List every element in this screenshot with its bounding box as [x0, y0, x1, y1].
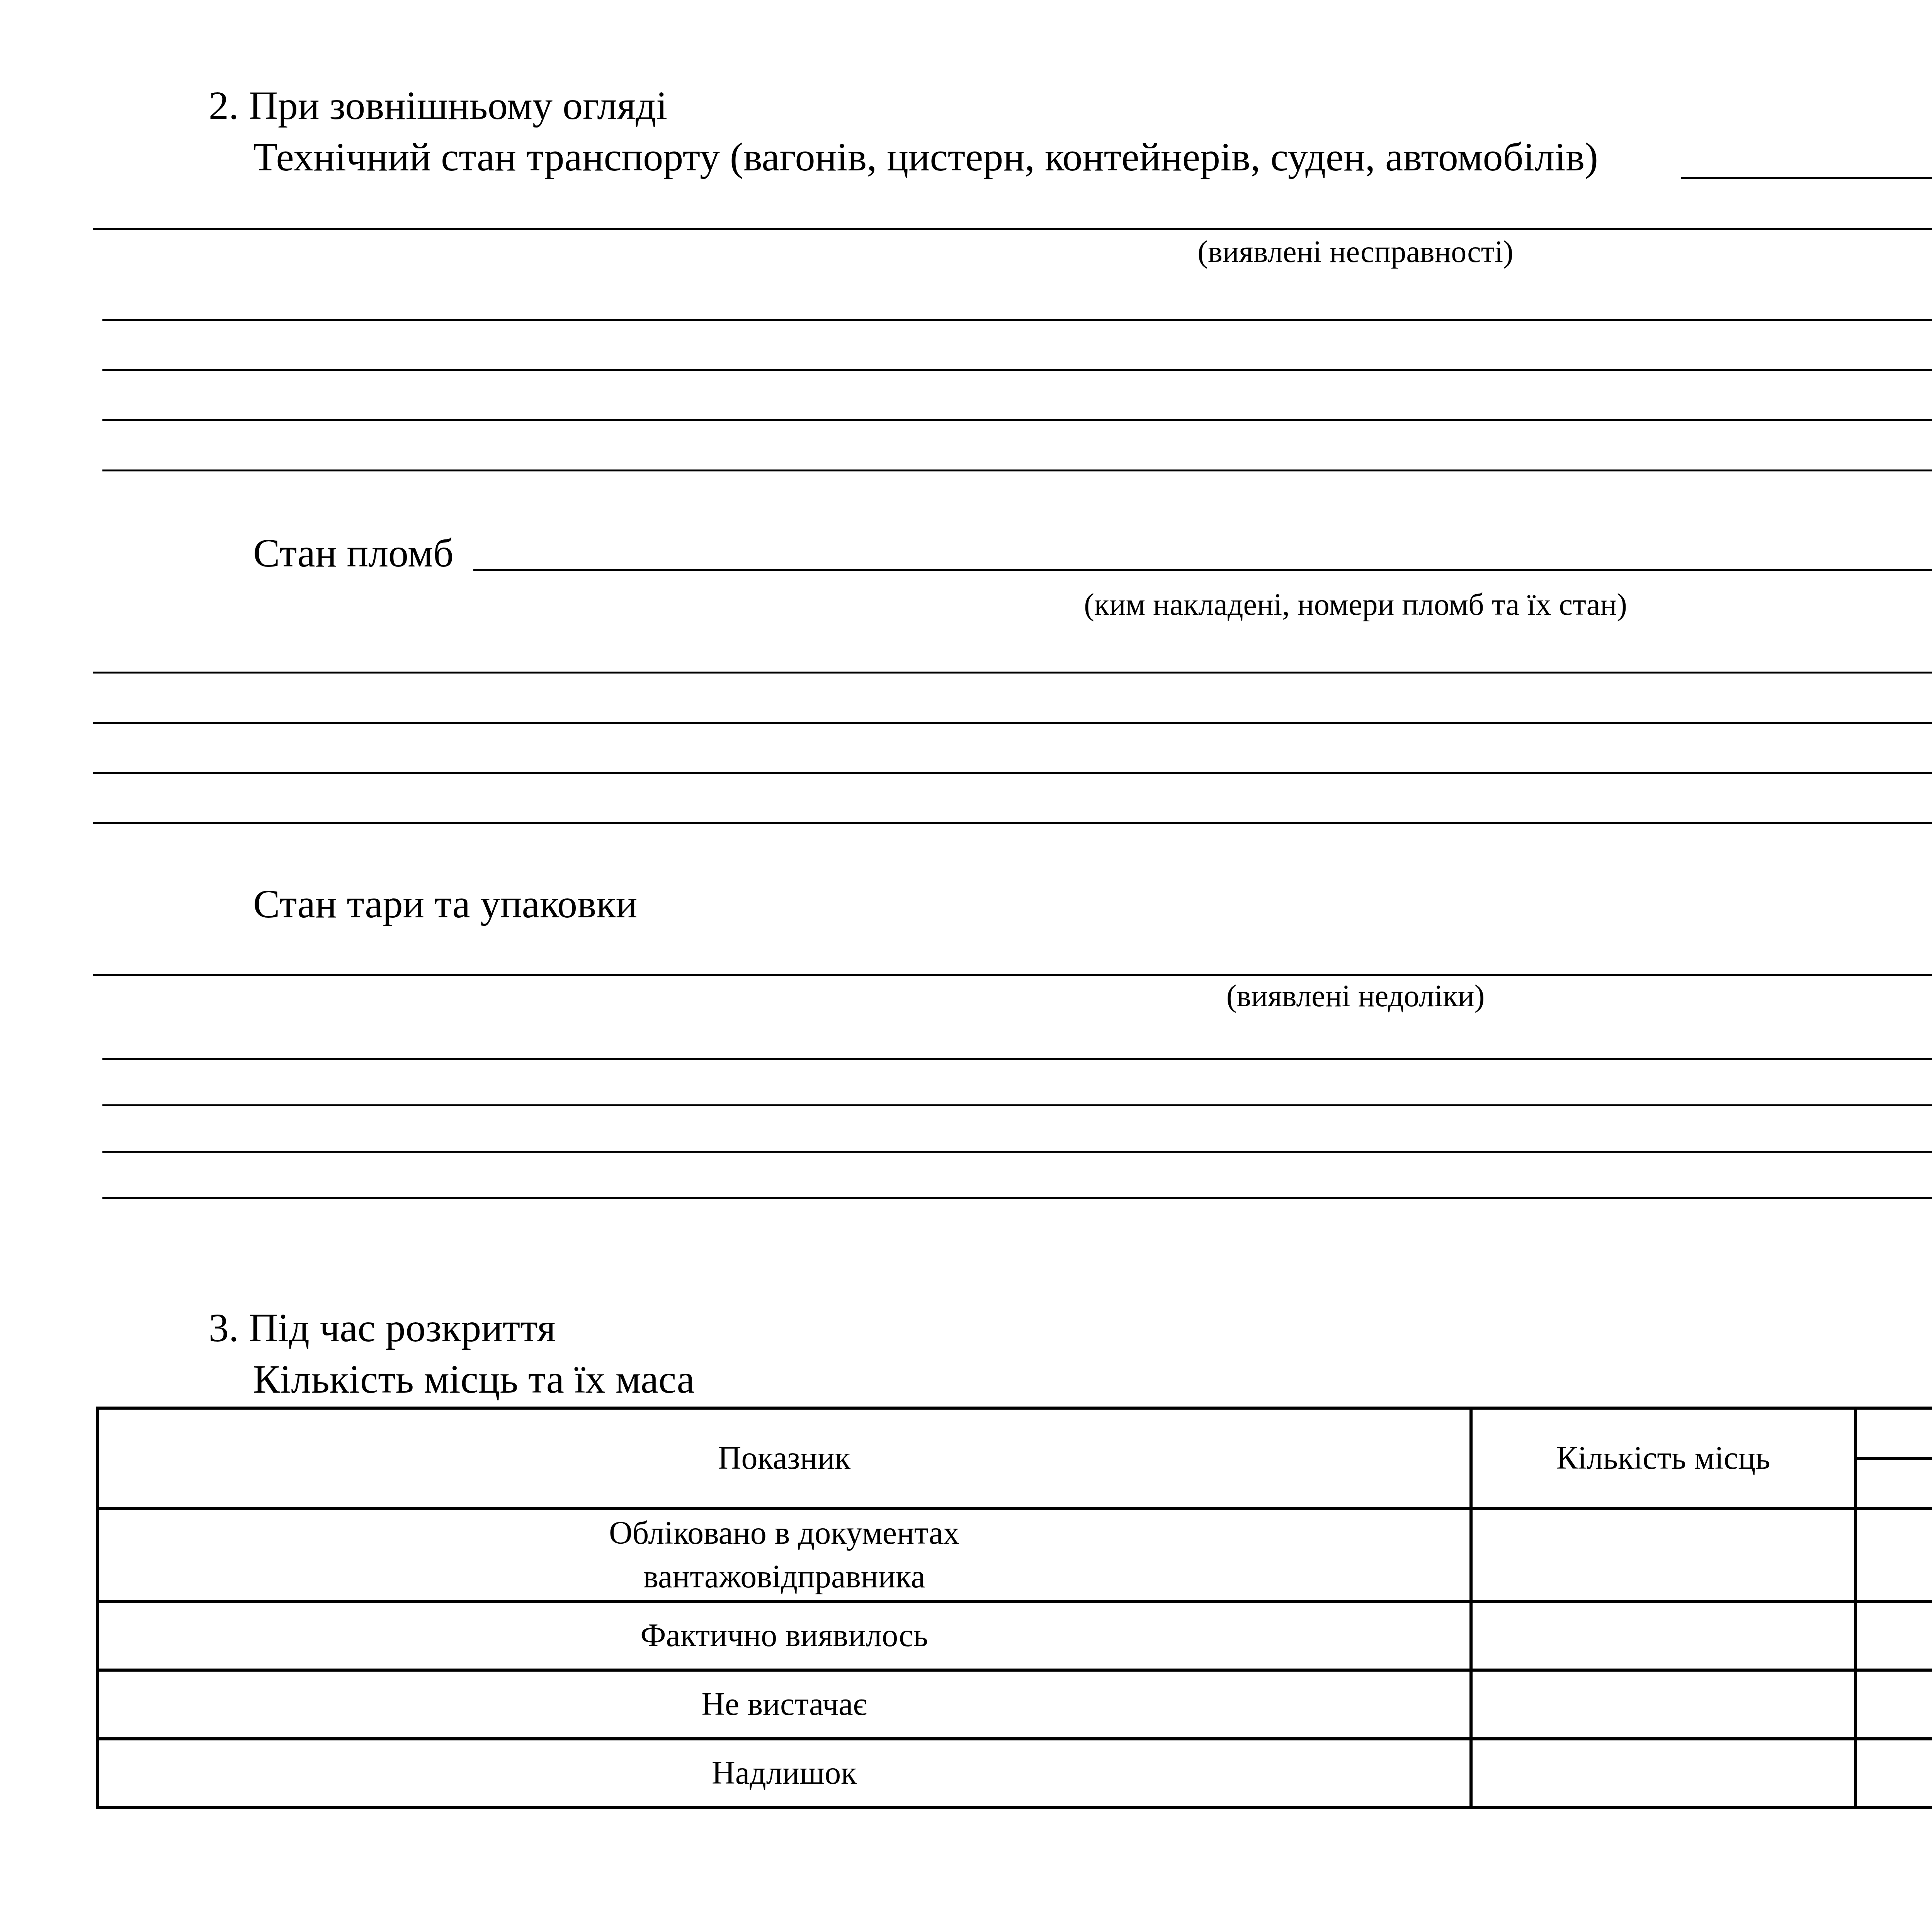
transport-defects-line[interactable]: [102, 369, 1932, 371]
row-label: Не вистачає: [97, 1670, 1471, 1739]
transport-defects-line[interactable]: [102, 419, 1932, 421]
seals-line[interactable]: [93, 772, 1932, 774]
packaging-line[interactable]: [102, 1151, 1932, 1153]
gross-cell[interactable]: [1855, 1670, 1932, 1739]
seals-line[interactable]: [93, 722, 1932, 724]
packaging-field[interactable]: [93, 974, 1932, 976]
table-row: Обліковано в документах вантажовідправни…: [97, 1509, 1932, 1601]
row-label: Надлишок: [97, 1739, 1471, 1808]
transport-condition-field-line[interactable]: [93, 228, 1932, 230]
section-3-subheading: Кількість місць та їх маса: [253, 1359, 695, 1400]
transport-condition-label: Технічний стан транспорту (вагонів, цист…: [253, 137, 1598, 177]
transport-defects-line[interactable]: [102, 469, 1932, 471]
seals-line[interactable]: [93, 672, 1932, 674]
header-gross: брутто: [1855, 1458, 1932, 1509]
table-row: Не вистачає: [97, 1670, 1932, 1739]
transport-condition-field[interactable]: [1681, 177, 1932, 179]
gross-cell[interactable]: [1855, 1601, 1932, 1670]
row-label-line: Обліковано в документах: [99, 1511, 1469, 1555]
places-cell[interactable]: [1471, 1739, 1855, 1808]
places-cell[interactable]: [1471, 1601, 1855, 1670]
packaging-label: Стан тари та упаковки: [253, 884, 637, 924]
gross-cell[interactable]: [1855, 1739, 1932, 1808]
seals-caption: (ким накладені, номери пломб та їх стан): [0, 589, 1932, 620]
seals-label: Стан пломб: [253, 533, 454, 573]
places-mass-table: Показник Кількість місць Маса брутто нет…: [96, 1407, 1932, 1809]
header-places: Кількість місць: [1471, 1408, 1855, 1509]
gross-cell[interactable]: [1855, 1509, 1932, 1601]
row-label: Обліковано в документах вантажовідправни…: [97, 1509, 1471, 1601]
places-cell[interactable]: [1471, 1670, 1855, 1739]
header-indicator: Показник: [97, 1408, 1471, 1509]
section-2-heading: 2. При зовнішньому огляді: [209, 86, 667, 126]
section-3-heading: 3. Під час розкриття: [209, 1308, 556, 1348]
places-cell[interactable]: [1471, 1509, 1855, 1601]
header-mass: Маса: [1855, 1408, 1932, 1458]
seals-line[interactable]: [93, 822, 1932, 824]
row-label-line: вантажовідправника: [99, 1555, 1469, 1599]
packaging-line[interactable]: [102, 1104, 1932, 1106]
packaging-line[interactable]: [102, 1197, 1932, 1199]
row-label: Фактично виявилось: [97, 1601, 1471, 1670]
packaging-line[interactable]: [102, 1058, 1932, 1060]
transport-defects-line[interactable]: [102, 319, 1932, 321]
table-row: Фактично виявилось: [97, 1601, 1932, 1670]
seals-field[interactable]: [473, 569, 1932, 571]
packaging-caption: (виявлені недоліки): [0, 981, 1932, 1012]
transport-condition-caption: (виявлені несправності): [0, 236, 1932, 267]
table-row: Надлишок: [97, 1739, 1932, 1808]
